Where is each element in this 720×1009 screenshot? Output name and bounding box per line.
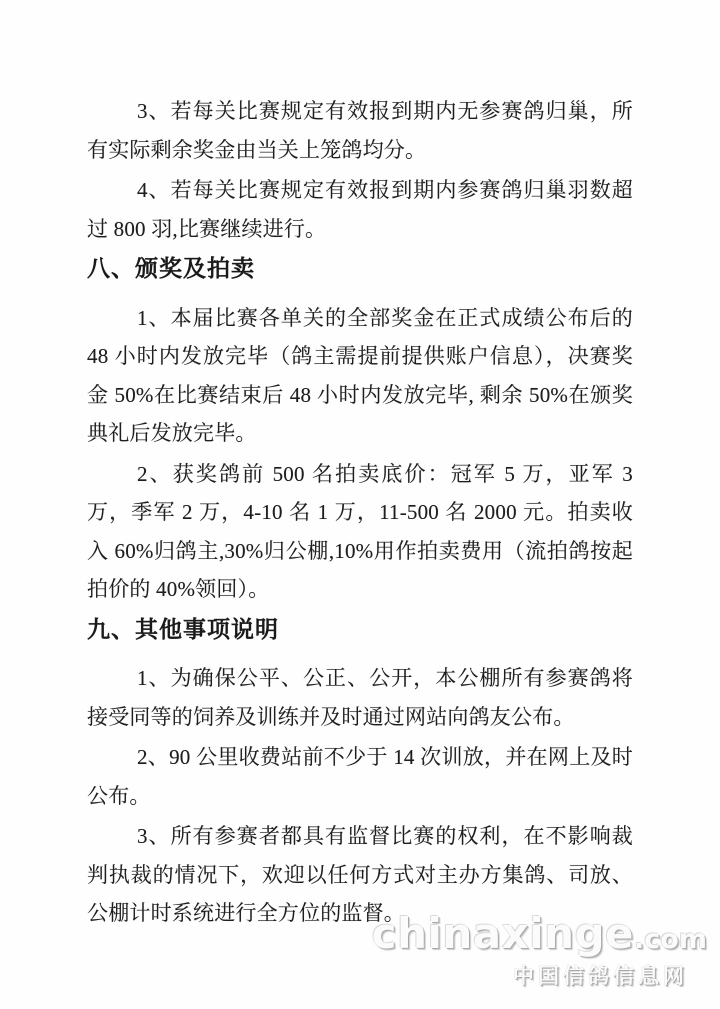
document-content: 3、若每关比赛规定有效报到期内无参赛鸽归巢，所有实际剩余奖金由当关上笼鸽均分。 … bbox=[87, 92, 633, 935]
doc-paragraph: 1、本届比赛各单关的全部奖金在正式成绩公布后的 48 小时内发放完毕（鸽主需提前… bbox=[87, 299, 633, 453]
scanned-document-page: 3、若每关比赛规定有效报到期内无参赛鸽归巢，所有实际剩余奖金由当关上笼鸽均分。 … bbox=[0, 0, 720, 1009]
section-heading-awards-auction: 八、颁奖及拍卖 bbox=[87, 250, 633, 289]
watermark-site-chinese: 中国信鸽信息网 bbox=[372, 963, 688, 989]
doc-paragraph: 4、若每关比赛规定有效报到期内参赛鸽归巢羽数超过 800 羽,比赛继续进行。 bbox=[87, 171, 633, 248]
watermark-site-latin: chinaxinge bbox=[372, 909, 634, 958]
doc-paragraph: 2、获奖鸽前 500 名拍卖底价：冠军 5 万，亚军 3 万，季军 2 万，4-… bbox=[87, 455, 633, 609]
watermark-domain: chinaxinge.com bbox=[372, 913, 707, 961]
doc-paragraph: 1、为确保公平、公正、公开，本公棚所有参赛鸽将接受同等的饲养及训练并及时通过网站… bbox=[87, 659, 633, 736]
watermark-domain-suffix: .com bbox=[634, 924, 707, 955]
watermark: chinaxinge.com 中国信鸽信息网 bbox=[372, 913, 707, 989]
section-heading-other-notes: 九、其他事项说明 bbox=[87, 611, 633, 650]
doc-paragraph: 3、若每关比赛规定有效报到期内无参赛鸽归巢，所有实际剩余奖金由当关上笼鸽均分。 bbox=[87, 92, 633, 169]
doc-paragraph: 2、90 公里收费站前不少于 14 次训放，并在网上及时公布。 bbox=[87, 738, 633, 815]
